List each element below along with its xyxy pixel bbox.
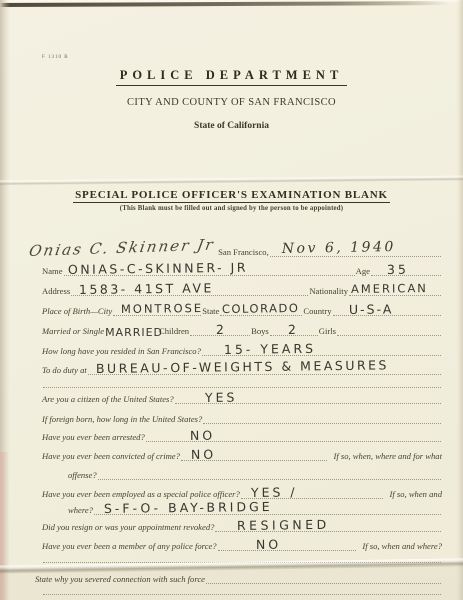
resigned-value: RESIGNED <box>237 519 330 531</box>
birth-label: Place of Birth—City <box>42 306 112 317</box>
duty-value: BUREAU-OF-WEIGHTS & MEASURES <box>96 359 389 374</box>
boys-value: 2 <box>288 324 298 335</box>
girls-label: Girls <box>319 326 336 337</box>
girls-line <box>337 323 441 336</box>
field-row-arrested: Have you ever been arrested? NO <box>42 428 442 443</box>
offense-label: offense? <box>68 470 97 481</box>
convicted-label: Have you ever been convicted of crime? <box>42 451 180 462</box>
nationality-value: AMERICAN <box>351 283 428 295</box>
blank-line-row <box>42 581 442 596</box>
where-line: S-F-O- BAY-BRIDGE <box>94 502 441 515</box>
arrested-line: NO <box>146 429 441 442</box>
field-row-resigned: Did you resign or was your appointment r… <box>42 518 442 533</box>
where-value: S-F-O- BAY-BRIDGE <box>104 501 273 514</box>
children-label: Children <box>159 326 189 337</box>
birth-city-line: MONTROSE <box>113 303 201 316</box>
resigned-label: Did you resign or was your appointment r… <box>42 522 214 533</box>
children-value: 2 <box>216 324 226 335</box>
birth-state-line: COLORADO <box>220 303 302 316</box>
field-row-foreign-born: If foreign born, how long in the United … <box>42 410 442 425</box>
special-officer-suffix: If so, when and <box>384 489 442 500</box>
field-row-resided: How long have you resided in San Francis… <box>42 342 442 357</box>
address-value: 1583- 41ST AVE <box>79 282 214 295</box>
field-row-convicted: Have you ever been convicted of crime? N… <box>42 447 442 462</box>
paper-edge-top <box>0 1 463 7</box>
marital-value: MARRIED <box>105 327 163 338</box>
form-number: F 1310 B <box>42 55 69 60</box>
blank-line <box>43 582 441 595</box>
resided-label: How long have you resided in San Francis… <box>42 346 201 357</box>
resigned-line: RESIGNED <box>215 519 441 532</box>
boys-line: 2 <box>270 323 318 336</box>
address-label: Address <box>42 286 70 297</box>
nationality-line: AMERICAN <box>349 283 441 296</box>
resided-line: 15- YEARS <box>202 343 441 356</box>
age-line: 35 <box>371 263 441 276</box>
marital-label: Married or Single <box>42 326 104 337</box>
resided-value: 15- YEARS <box>224 343 316 355</box>
paper-edge-right <box>456 0 463 600</box>
citizen-line: YES <box>175 391 441 404</box>
citizen-label: Are you a citizen of the United States? <box>42 394 174 405</box>
boys-label: Boys <box>251 326 269 337</box>
birth-state-value: COLORADO <box>222 303 300 315</box>
handwritten-signature: Onias C. Skinner Jr <box>28 237 222 258</box>
arrested-label: Have you ever been arrested? <box>42 432 145 443</box>
special-officer-label: Have you ever been employed as a special… <box>42 489 240 500</box>
birth-country-line: U-S-A <box>333 303 441 316</box>
handwritten-date: Nov 6, 1940 <box>281 239 395 257</box>
place-label: San Francisco, <box>218 247 269 258</box>
header-city: CITY AND COUNTY OF SAN FRANCISCO <box>0 97 463 108</box>
where-label: where? <box>68 505 93 516</box>
arrested-value: NO <box>190 430 215 441</box>
signature-date-row: Onias C. Skinner Jr San Francisco, Nov 6… <box>28 243 442 258</box>
special-officer-value: YES / <box>251 486 298 498</box>
citizen-value: YES <box>205 392 238 403</box>
birth-country-label: Country <box>303 306 331 317</box>
special-officer-line: YES / <box>241 486 384 499</box>
birth-country-value: U-S-A <box>348 303 393 315</box>
field-row-address: Address 1583- 41ST AVE Nationality AMERI… <box>42 282 442 297</box>
fold-crease-upper <box>0 176 463 186</box>
age-value: 35 <box>387 264 409 275</box>
name-line: ONIAS-C-SKINNER- JR <box>64 263 355 276</box>
name-label: Name <box>42 266 63 277</box>
field-row-special-officer: Have you ever been employed as a special… <box>42 485 442 500</box>
name-value: ONIAS-C-SKINNER- JR <box>67 262 247 275</box>
field-row-offense: offense? <box>68 466 442 481</box>
offense-line <box>98 467 441 480</box>
field-row-where: where? S-F-O- BAY-BRIDGE <box>68 501 442 516</box>
convicted-suffix: If so, when, where and for what <box>328 451 442 462</box>
birth-state-label: State <box>202 306 219 317</box>
form-subtitle: (This Blank must be filled out and signe… <box>0 205 463 212</box>
blank-line-row <box>42 374 442 389</box>
children-line: 2 <box>190 323 250 336</box>
foreign-born-line <box>203 411 441 424</box>
nationality-label: Nationality <box>309 286 348 297</box>
header-department-text: POLICE DEPARTMENT <box>116 68 348 86</box>
blank-line <box>43 375 441 388</box>
field-row-marital: Married or Single MARRIED Children 2 Boy… <box>42 322 442 337</box>
form-title: SPECIAL POLICE OFFICER'S EXAMINATION BLA… <box>0 185 463 203</box>
field-row-citizen: Are you a citizen of the United States? … <box>42 390 442 405</box>
form-title-text: SPECIAL POLICE OFFICER'S EXAMINATION BLA… <box>73 189 390 203</box>
field-row-name: Name ONIAS-C-SKINNER- JR Age 35 <box>42 262 442 277</box>
scanned-police-form: F 1310 B POLICE DEPARTMENT CITY AND COUN… <box>0 0 463 600</box>
convicted-line: NO <box>181 448 328 461</box>
convicted-value: NO <box>191 449 216 460</box>
birth-city-value: MONTROSE <box>121 303 203 315</box>
age-label: Age <box>356 266 370 277</box>
field-row-birth: Place of Birth—City MONTROSE State COLOR… <box>42 302 442 317</box>
date-line: Nov 6, 1940 <box>270 244 441 257</box>
address-line: 1583- 41ST AVE <box>71 283 308 296</box>
header-state: State of California <box>0 121 463 131</box>
foreign-born-label: If foreign born, how long in the United … <box>42 414 202 425</box>
header-department: POLICE DEPARTMENT <box>0 66 463 86</box>
